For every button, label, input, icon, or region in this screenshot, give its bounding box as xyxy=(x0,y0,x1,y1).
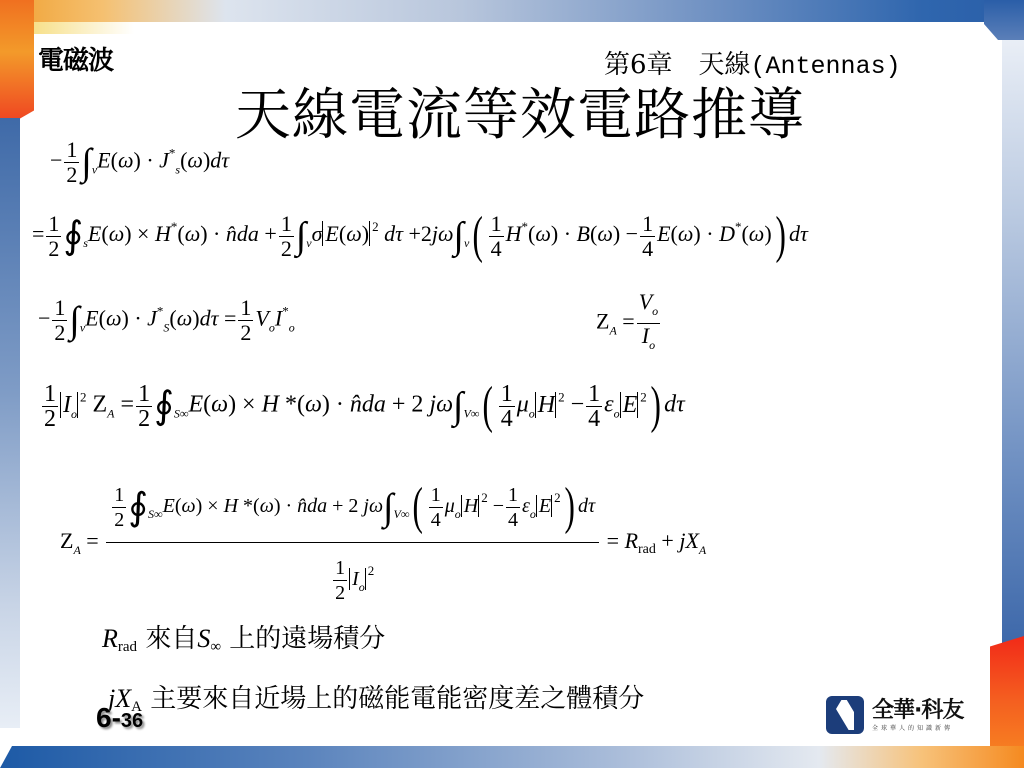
logo-mark-icon xyxy=(826,696,864,734)
equation-2: =12∮sE(ω) × H*(ω) · n̂da +12∫vσE(ω)2 dτ … xyxy=(32,210,808,262)
note-jxa: jXA 主要來自近場上的磁能電能密度差之體積分 xyxy=(108,678,644,716)
publisher-logo: 全華·科友 全球華人的知識新傳 xyxy=(826,694,992,736)
page-number: 6-36 xyxy=(96,702,143,734)
logo-tagline: 全球華人的知識新傳 xyxy=(872,723,963,732)
right-blue-decor xyxy=(1002,40,1024,645)
left-yellow-decor xyxy=(34,22,134,34)
left-orange-decor xyxy=(0,0,34,130)
slide-title: 天線電流等效電路推導 xyxy=(200,84,840,148)
top-decor-band xyxy=(0,0,1024,22)
equation-1: −12∫vE(ω) · J*s(ω)dτ xyxy=(50,138,229,187)
chapter-label: 第6章 天線 xyxy=(604,50,751,80)
equation-5: 12Io2 ZA =12∮S∞E(ω) × H *(ω) · n̂da + 2 … xyxy=(40,380,685,432)
chapter-label-en: (Antennas) xyxy=(751,52,901,81)
top-right-decor xyxy=(984,0,1024,40)
course-name: 電磁波 xyxy=(38,40,113,77)
equation-3: −12∫vE(ω) · J*S(ω)dτ =12VoI*o xyxy=(38,296,295,345)
note-rrad: Rrad 來自S∞ 上的遠場積分 xyxy=(102,618,385,656)
bottom-decor-band xyxy=(0,746,1024,768)
chapter-heading: 第6章 天線(Antennas) xyxy=(604,44,901,81)
equation-6: ZA = 12∮S∞E(ω) × H *(ω) · n̂da + 2 jω∫V∞… xyxy=(60,470,706,615)
equation-4: ZA =VoIo xyxy=(596,290,662,357)
logo-name: 全華·科友 xyxy=(872,699,963,723)
left-blue-decor xyxy=(0,118,20,728)
